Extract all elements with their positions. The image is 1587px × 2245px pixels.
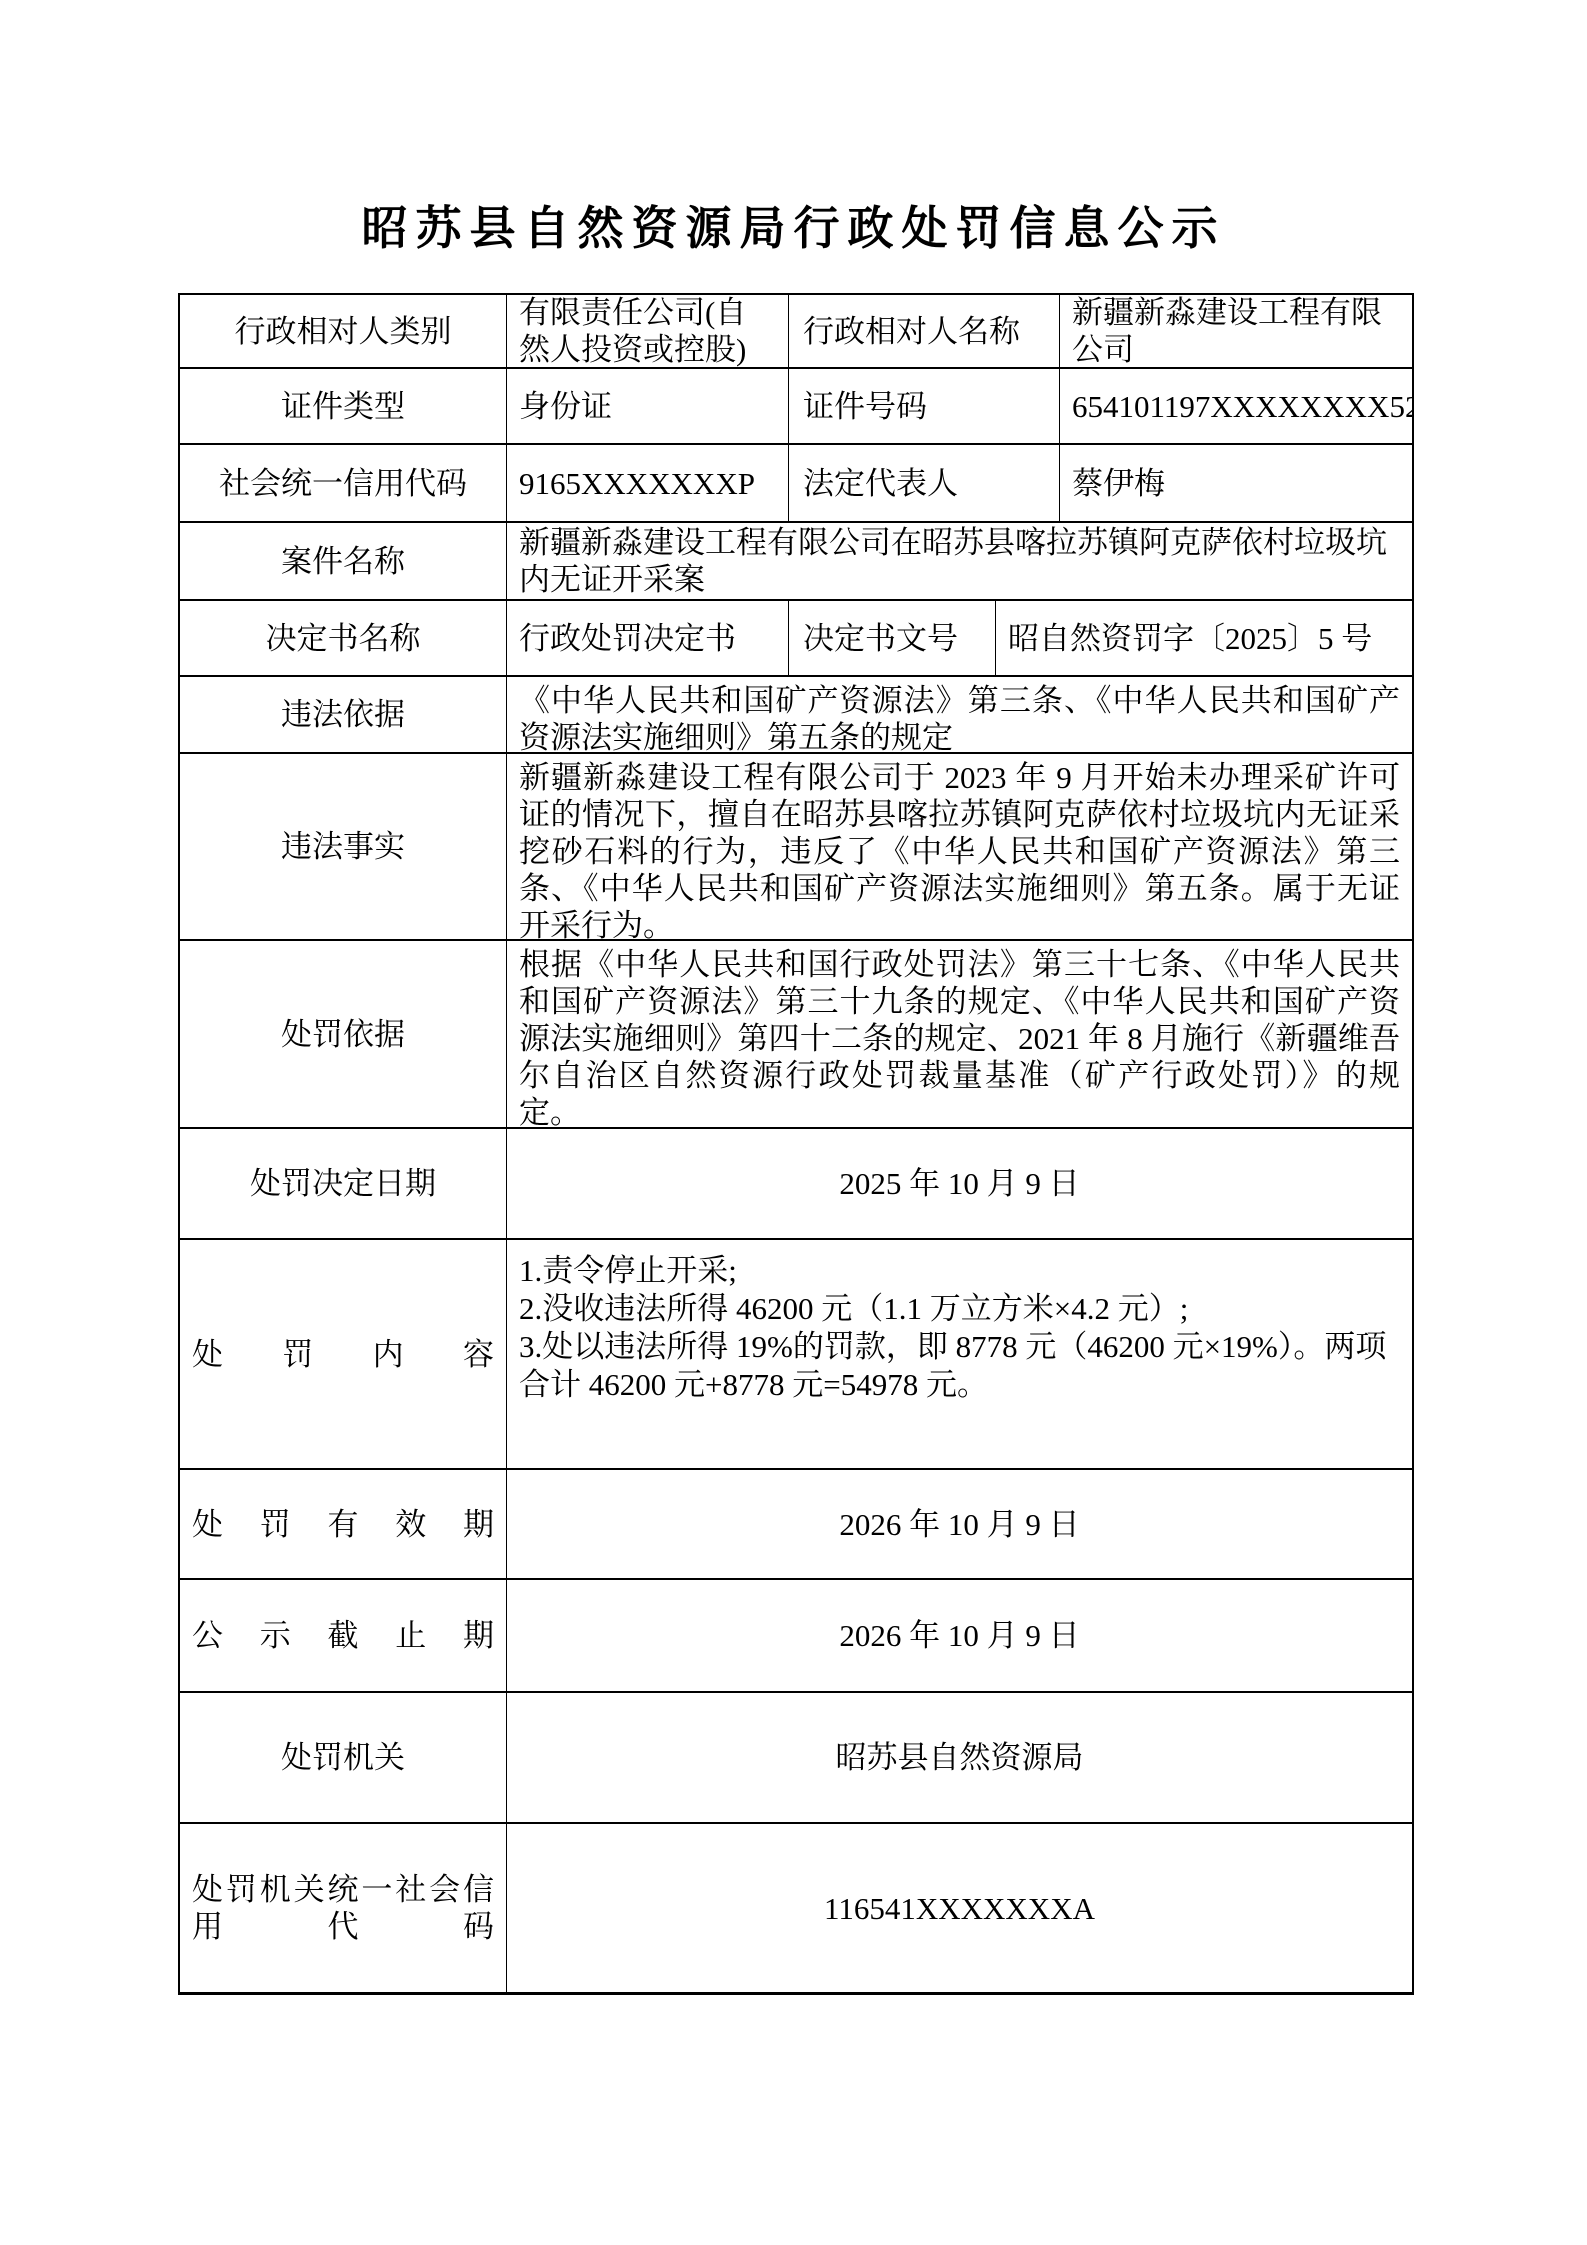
value-penalty-valid-until: 2026 年 10 月 9 日 [507, 1470, 1412, 1580]
value-case-name: 新疆新淼建设工程有限公司在昭苏县喀拉苏镇阿克萨依村垃圾坑内无证开采案 [507, 523, 1412, 601]
value-decision-number: 昭自然资罚字〔2025〕5 号 [996, 601, 1412, 677]
label-penalty-decision-date: 处罚决定日期 [180, 1129, 507, 1240]
value-publicity-deadline: 2026 年 10 月 9 日 [507, 1580, 1412, 1693]
value-party-type: 有限责任公司(自然人投资或控股) [507, 295, 789, 369]
value-cert-type: 身份证 [507, 369, 789, 445]
value-authority-credit-code: 116541XXXXXXXA [507, 1824, 1412, 1992]
value-penalty-content: 1.责令停止开采; 2.没收违法所得 46200 元（1.1 万立方米×4.2 … [507, 1240, 1412, 1470]
penalty-item-1: 1.责令停止开采; [519, 1252, 1400, 1290]
value-penalty-decision-date: 2025 年 10 月 9 日 [507, 1129, 1412, 1240]
label-penalty-content: 处罚内容 [180, 1240, 507, 1470]
penalty-item-2: 2.没收违法所得 46200 元（1.1 万立方米×4.2 元）; [519, 1290, 1400, 1328]
page-title: 昭苏县自然资源局行政处罚信息公示 [0, 192, 1587, 258]
label-party-name: 行政相对人名称 [789, 295, 1060, 369]
label-decision-name: 决定书名称 [180, 601, 507, 677]
value-legal-basis: 《中华人民共和国矿产资源法》第三条、《中华人民共和国矿产资源法实施细则》第五条的… [507, 677, 1412, 754]
label-legal-basis: 违法依据 [180, 677, 507, 754]
label-penalty-valid-until: 处罚有效期 [180, 1470, 507, 1580]
value-decision-name: 行政处罚决定书 [507, 601, 789, 677]
label-credit-code: 社会统一信用代码 [180, 445, 507, 523]
value-cert-number: 654101197XXXXXXXX524 [1060, 369, 1412, 445]
label-party-type: 行政相对人类别 [180, 295, 507, 369]
label-publicity-deadline: 公示截止期 [180, 1580, 507, 1693]
value-party-name: 新疆新淼建设工程有限公司 [1060, 295, 1412, 369]
penalty-info-table: 行政相对人类别 有限责任公司(自然人投资或控股) 行政相对人名称 新疆新淼建设工… [178, 293, 1414, 1995]
label-cert-number: 证件号码 [789, 369, 1060, 445]
label-case-name: 案件名称 [180, 523, 507, 601]
label-legal-representative: 法定代表人 [789, 445, 1060, 523]
label-violation-facts: 违法事实 [180, 754, 507, 941]
label-penalty-basis: 处罚依据 [180, 941, 507, 1129]
label-penalty-authority: 处罚机关 [180, 1693, 507, 1824]
label-decision-number: 决定书文号 [789, 601, 996, 677]
label-authority-credit-code: 处罚机关统一社会信用代码 [180, 1824, 507, 1992]
document-page: 昭苏县自然资源局行政处罚信息公示 行政相对人类别 有限责任公司(自然人投资或控股… [0, 0, 1587, 2245]
value-legal-representative: 蔡伊梅 [1060, 445, 1412, 523]
penalty-item-3: 3.处以违法所得 19%的罚款，即 8778 元（46200 元×19%）。两项… [519, 1328, 1400, 1404]
label-cert-type: 证件类型 [180, 369, 507, 445]
value-penalty-basis: 根据《中华人民共和国行政处罚法》第三十七条、《中华人民共和国矿产资源法》第三十九… [507, 941, 1412, 1129]
value-violation-facts: 新疆新淼建设工程有限公司于 2023 年 9 月开始未办理采矿许可证的情况下，擅… [507, 754, 1412, 941]
value-credit-code: 9165XXXXXXXP [507, 445, 789, 523]
value-penalty-authority: 昭苏县自然资源局 [507, 1693, 1412, 1824]
